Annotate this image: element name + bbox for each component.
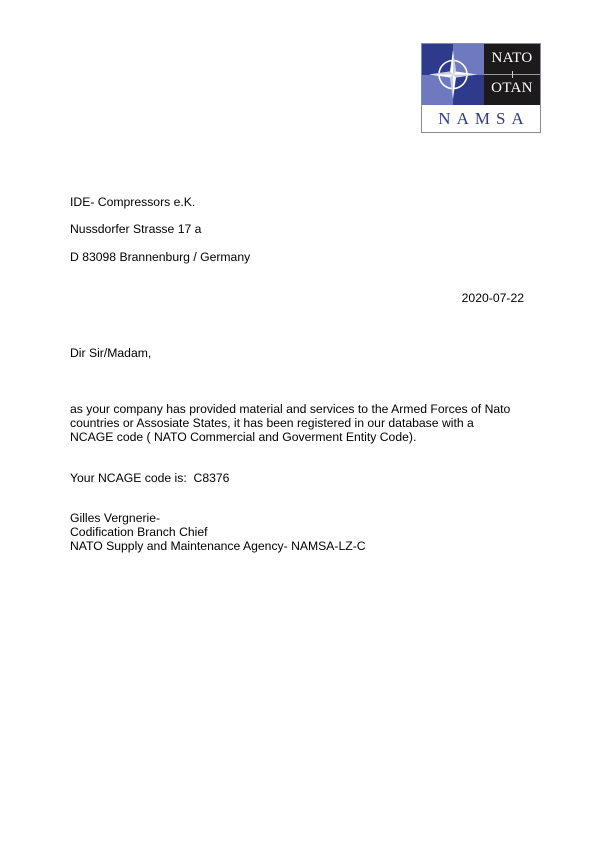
signatory-title: Codification Branch Chief bbox=[70, 525, 208, 539]
body-line: countries or Assosiate States, it has be… bbox=[70, 416, 474, 430]
letter-date: 2020-07-22 bbox=[462, 291, 524, 305]
signatory-organization: NATO Supply and Maintenance Agency- NAMS… bbox=[70, 539, 366, 553]
recipient-street: Nussdorfer Strasse 17 a bbox=[70, 222, 201, 236]
body-line: as your company has provided material an… bbox=[70, 402, 510, 416]
logo-text-panel: NATO OTAN bbox=[484, 44, 540, 105]
logo-nato-text: NATO bbox=[484, 50, 540, 67]
salutation: Dir Sir/Madam, bbox=[70, 346, 151, 360]
signatory-name: Gilles Vergnerie- bbox=[70, 511, 160, 525]
logo-namsa-band: NAMSA bbox=[422, 105, 540, 132]
body-line: NCAGE code ( NATO Commercial and Goverme… bbox=[70, 430, 416, 444]
nato-compass-emblem bbox=[422, 44, 484, 105]
namsa-logo: NATO OTAN NAMSA bbox=[421, 43, 541, 133]
recipient-city: D 83098 Brannenburg / Germany bbox=[70, 250, 250, 264]
ncage-statement: Your NCAGE code is: C8376 bbox=[70, 471, 229, 485]
recipient-company: IDE- Compressors e.K. bbox=[70, 195, 195, 209]
logo-otan-text: OTAN bbox=[484, 80, 540, 97]
compass-star-icon bbox=[422, 44, 484, 105]
ncage-code: C8376 bbox=[194, 471, 230, 485]
ncage-label: Your NCAGE code is: bbox=[70, 471, 187, 485]
